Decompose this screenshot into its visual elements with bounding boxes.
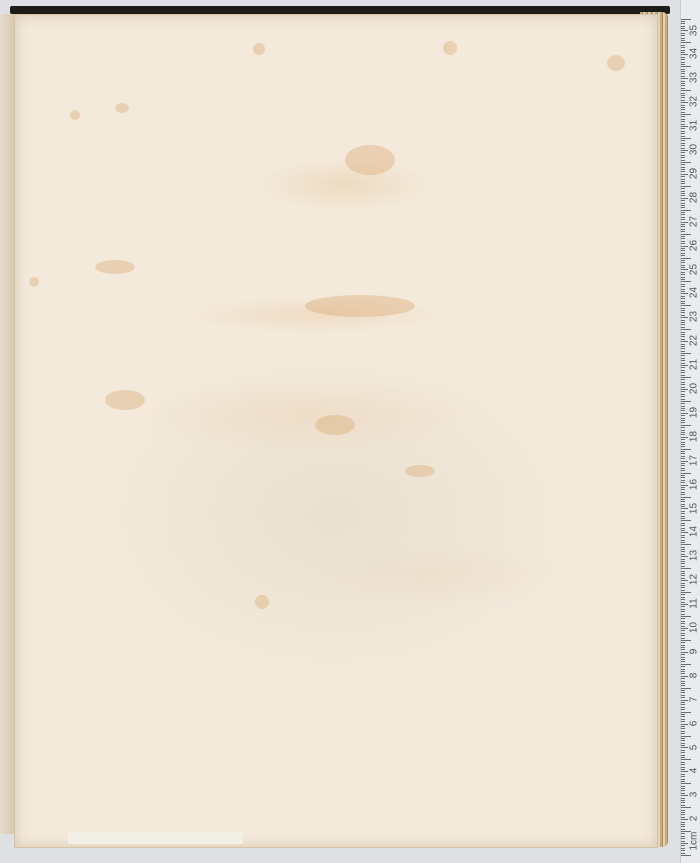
- ruler-label: 20: [689, 381, 700, 397]
- ruler-tick: [681, 843, 688, 844]
- ruler-tick: [681, 116, 685, 117]
- ruler-tick: [681, 602, 685, 603]
- ruler-tick: [681, 265, 685, 266]
- ruler-tick: [681, 489, 685, 490]
- ruler-tick: [681, 88, 685, 89]
- ruler-label: 5: [689, 739, 700, 755]
- ruler-tick: [681, 659, 685, 660]
- ruler-tick: [681, 501, 685, 502]
- ruler-tick: [681, 747, 688, 748]
- ruler-tick: [681, 272, 685, 273]
- ruler-tick: [681, 795, 688, 796]
- ruler-tick: [681, 738, 685, 739]
- ruler-tick: [681, 59, 685, 60]
- ruler-tick: [681, 671, 685, 672]
- ruler-tick: [681, 365, 688, 366]
- ruler-label: 2: [689, 811, 700, 827]
- ruler-tick: [681, 630, 685, 631]
- ruler-tick: [681, 21, 685, 22]
- ruler-tick: [681, 145, 685, 146]
- ruler-tick: [681, 633, 685, 634]
- ruler-tick: [681, 78, 688, 79]
- ruler-tick: [681, 733, 685, 734]
- ruler-label: 25: [689, 261, 700, 277]
- ruler-tick: [681, 642, 685, 643]
- ruler-tick: [681, 157, 685, 158]
- ruler-tick: [681, 97, 685, 98]
- ruler-tick: [681, 250, 685, 251]
- stain: [607, 55, 625, 71]
- ruler-tick: [681, 640, 691, 641]
- ruler-label: 24: [689, 285, 700, 301]
- ruler-tick: [681, 516, 685, 517]
- ruler-tick: [681, 226, 685, 227]
- ruler-tick: [681, 42, 691, 43]
- ruler-tick: [681, 298, 685, 299]
- ruler-tick: [681, 45, 685, 46]
- ruler-tick: [681, 236, 685, 237]
- ruler-label: 22: [689, 333, 700, 349]
- ruler-tick: [681, 35, 685, 36]
- ruler-tick: [681, 286, 685, 287]
- ruler-tick: [681, 279, 685, 280]
- ruler-tick: [681, 188, 685, 189]
- ruler-tick: [681, 833, 685, 834]
- ruler-tick: [681, 542, 685, 543]
- ruler-tick: [681, 540, 685, 541]
- ruler-tick: [681, 707, 685, 708]
- ruler-tick: [681, 824, 685, 825]
- ruler-tick: [681, 341, 688, 342]
- ruler-tick: [681, 480, 685, 481]
- ruler-tick: [681, 71, 685, 72]
- ruler-tick: [681, 155, 685, 156]
- ruler-tick: [681, 788, 685, 789]
- stain: [29, 277, 39, 287]
- ruler-label: 26: [689, 237, 700, 253]
- ruler-tick: [681, 688, 691, 689]
- ruler-tick: [681, 566, 685, 567]
- ruler-tick: [681, 174, 688, 175]
- ruler-tick: [681, 355, 685, 356]
- ruler-tick: [681, 587, 685, 588]
- ruler-tick: [681, 277, 685, 278]
- ruler-tick: [681, 289, 685, 290]
- ruler-label: 33: [689, 70, 700, 86]
- ruler-label: 14: [689, 524, 700, 540]
- ruler-tick: [681, 19, 691, 20]
- ruler-tick: [681, 243, 685, 244]
- stain: [115, 103, 129, 113]
- ruler-tick: [681, 563, 685, 564]
- ruler-tick: [681, 54, 688, 55]
- ruler-tick: [681, 81, 685, 82]
- ruler-tick: [681, 721, 685, 722]
- ruler-tick: [681, 678, 685, 679]
- tape-strip: [68, 832, 243, 844]
- ruler-tick: [681, 415, 685, 416]
- ruler-label: 32: [689, 94, 700, 110]
- ruler-tick: [681, 52, 685, 53]
- ruler-tick: [681, 692, 685, 693]
- ruler-tick: [681, 131, 685, 132]
- ruler-tick: [681, 437, 688, 438]
- ruler-tick: [681, 802, 685, 803]
- ruler-tick: [681, 260, 685, 261]
- ruler-tick: [681, 657, 685, 658]
- ruler-tick: [681, 375, 685, 376]
- ruler-tick: [681, 198, 688, 199]
- ruler-label: 10: [689, 620, 700, 636]
- ruler-tick: [681, 296, 685, 297]
- ruler-tick: [681, 372, 685, 373]
- ruler-tick: [681, 724, 688, 725]
- ruler-tick: [681, 430, 685, 431]
- ruler-tick: [681, 427, 685, 428]
- ruler-label: 27: [689, 213, 700, 229]
- ruler-label: 6: [689, 715, 700, 731]
- ruler-tick: [681, 336, 685, 337]
- ruler-tick: [681, 736, 691, 737]
- ruler-tick: [681, 148, 685, 149]
- stain: [255, 595, 269, 609]
- ruler-label: 23: [689, 309, 700, 325]
- ruler-tick: [681, 606, 685, 607]
- ruler-label: 30: [689, 142, 700, 158]
- ruler-tick: [681, 523, 685, 524]
- ruler-tick: [681, 422, 685, 423]
- ruler-tick: [681, 379, 685, 380]
- ruler-tick: [681, 850, 685, 851]
- ruler-tick: [681, 621, 685, 622]
- ruler-tick: [681, 73, 685, 74]
- ruler-tick: [681, 322, 685, 323]
- ruler-tick: [681, 745, 685, 746]
- ruler-label: 19: [689, 404, 700, 420]
- ruler-tick: [681, 511, 685, 512]
- ruler-tick: [681, 726, 685, 727]
- ruler-tick: [681, 774, 685, 775]
- ruler-tick: [681, 128, 685, 129]
- ruler-tick: [681, 425, 691, 426]
- ruler-tick: [681, 623, 685, 624]
- ruler-tick: [681, 573, 685, 574]
- ruler-label: 4: [689, 763, 700, 779]
- ruler-tick: [681, 458, 685, 459]
- ruler-tick: [681, 716, 685, 717]
- ruler-tick: [681, 769, 685, 770]
- ruler-tick: [681, 262, 685, 263]
- ruler-tick: [681, 28, 685, 29]
- ruler-tick: [681, 594, 685, 595]
- ruler-tick: [681, 214, 685, 215]
- ruler-tick: [681, 786, 685, 787]
- ruler-tick: [681, 463, 685, 464]
- ruler-tick: [681, 246, 688, 247]
- ruler-tick: [681, 695, 685, 696]
- ruler-tick: [681, 348, 685, 349]
- ruler-tick: [681, 714, 685, 715]
- ruler-tick: [681, 305, 691, 306]
- ruler-tick: [681, 776, 685, 777]
- ruler-tick: [681, 193, 685, 194]
- ruler-tick: [681, 317, 688, 318]
- ruler-tick: [681, 616, 691, 617]
- ruler-tick: [681, 841, 685, 842]
- ruler-tick: [681, 439, 685, 440]
- ruler-tick: [681, 442, 685, 443]
- ruler-tick: [681, 138, 691, 139]
- ruler-tick: [681, 497, 691, 498]
- ruler-tick: [681, 191, 685, 192]
- ruler-tick: [681, 403, 685, 404]
- ruler-tick: [681, 222, 688, 223]
- ruler-tick: [681, 449, 691, 450]
- ruler-tick: [681, 666, 685, 667]
- ruler-tick: [681, 301, 685, 302]
- ruler-tick: [681, 477, 685, 478]
- ruler-tick: [681, 320, 685, 321]
- ruler-tick: [681, 396, 685, 397]
- ruler-tick: [681, 580, 688, 581]
- ruler-tick: [681, 845, 685, 846]
- ruler-tick: [681, 757, 685, 758]
- ruler-tick: [681, 793, 685, 794]
- ruler-tick: [681, 93, 685, 94]
- ruler-tick: [681, 652, 688, 653]
- ruler-tick: [681, 62, 685, 63]
- ruler-tick: [681, 212, 685, 213]
- ruler-tick: [681, 205, 685, 206]
- ruler-label: 1cm: [689, 835, 700, 851]
- ruler-tick: [681, 817, 685, 818]
- ruler-tick: [681, 207, 685, 208]
- ruler-label: 21: [689, 357, 700, 373]
- ruler-tick: [681, 293, 688, 294]
- ruler-tick: [681, 124, 685, 125]
- ruler-tick: [681, 391, 685, 392]
- ruler-tick: [681, 520, 691, 521]
- ruler-tick: [681, 790, 685, 791]
- measurement-ruler: 1cm2345678910111213141516171819202122232…: [680, 0, 700, 863]
- ruler-label: 7: [689, 691, 700, 707]
- ruler-tick: [681, 743, 685, 744]
- ruler-tick: [681, 592, 691, 593]
- ruler-tick: [681, 822, 685, 823]
- ruler-tick: [681, 315, 685, 316]
- ruler-tick: [681, 64, 685, 65]
- ruler-tick: [681, 332, 685, 333]
- ruler-tick: [681, 518, 685, 519]
- ruler-tick: [681, 234, 691, 235]
- ruler-tick: [681, 468, 685, 469]
- ruler-tick: [681, 764, 685, 765]
- ruler-tick: [681, 583, 685, 584]
- ruler-tick: [681, 829, 685, 830]
- ruler-tick: [681, 152, 685, 153]
- ruler-tick: [681, 140, 685, 141]
- ruler-tick: [681, 119, 685, 120]
- left-page-edge: [0, 14, 15, 834]
- ruler-tick: [681, 210, 691, 211]
- ruler-tick: [681, 353, 691, 354]
- ruler-tick: [681, 69, 685, 70]
- ruler-label: 31: [689, 118, 700, 134]
- ruler-tick: [681, 499, 685, 500]
- ruler-tick: [681, 143, 685, 144]
- ruler-tick: [681, 258, 691, 259]
- ruler-tick: [681, 762, 685, 763]
- ruler-tick: [681, 179, 685, 180]
- ruler-tick: [681, 456, 685, 457]
- ruler-tick: [681, 344, 685, 345]
- ruler-tick: [681, 571, 685, 572]
- ruler-tick: [681, 169, 685, 170]
- ruler-tick: [681, 697, 685, 698]
- ruler-tick: [681, 238, 685, 239]
- stain: [70, 110, 80, 120]
- ruler-tick: [681, 23, 685, 24]
- ruler-tick: [681, 324, 685, 325]
- stain: [105, 390, 145, 410]
- ruler-tick: [681, 363, 685, 364]
- ruler-tick: [681, 176, 685, 177]
- ruler-tick: [681, 669, 685, 670]
- ruler-tick: [681, 162, 691, 163]
- ruler-tick: [681, 370, 685, 371]
- ruler-tick: [681, 771, 688, 772]
- ruler-tick: [681, 164, 685, 165]
- ruler-tick: [681, 394, 685, 395]
- ruler-tick: [681, 664, 691, 665]
- ruler-tick: [681, 346, 685, 347]
- ruler-tick: [681, 532, 688, 533]
- ruler-tick: [681, 535, 685, 536]
- ruler-tick: [681, 248, 685, 249]
- ruler-tick: [681, 229, 685, 230]
- book-cover-edge: [10, 6, 670, 14]
- ruler-tick: [681, 327, 685, 328]
- ruler-tick: [681, 434, 685, 435]
- ruler-tick: [681, 107, 685, 108]
- ruler-tick: [681, 805, 685, 806]
- ruler-tick: [681, 160, 685, 161]
- ruler-tick: [681, 183, 685, 184]
- ruler-tick: [681, 755, 685, 756]
- stain: [253, 43, 265, 55]
- ruler-tick: [681, 310, 685, 311]
- ruler-tick: [681, 329, 691, 330]
- ruler-label: 13: [689, 548, 700, 564]
- ruler-tick: [681, 819, 688, 820]
- ruler-label: 11: [689, 596, 700, 612]
- ruler-tick: [681, 384, 685, 385]
- ruler-tick: [681, 547, 685, 548]
- ruler-tick: [681, 377, 691, 378]
- ruler-tick: [681, 812, 685, 813]
- ruler-tick: [681, 649, 685, 650]
- ruler-tick: [681, 559, 685, 560]
- ruler-tick: [681, 401, 691, 402]
- ruler-tick: [681, 171, 685, 172]
- ruler-tick: [681, 585, 685, 586]
- ruler-tick: [681, 781, 685, 782]
- ruler-tick: [681, 683, 685, 684]
- ruler-tick: [681, 203, 685, 204]
- ruler-tick: [681, 537, 685, 538]
- ruler-tick: [681, 255, 685, 256]
- ruler-tick: [681, 339, 685, 340]
- ruler-tick: [681, 100, 685, 101]
- ruler-tick: [681, 549, 685, 550]
- ruler-tick: [681, 681, 685, 682]
- ruler-tick: [681, 269, 688, 270]
- ruler-label: 29: [689, 165, 700, 181]
- ruler-tick: [681, 779, 685, 780]
- ruler-tick: [681, 446, 685, 447]
- ruler-tick: [681, 444, 685, 445]
- ruler-tick: [681, 525, 685, 526]
- ruler-tick: [681, 508, 688, 509]
- ruler-tick: [681, 590, 685, 591]
- ruler-tick: [681, 66, 691, 67]
- ruler-tick: [681, 492, 685, 493]
- ruler-tick: [681, 95, 685, 96]
- ruler-tick: [681, 783, 691, 784]
- ruler-tick: [681, 186, 691, 187]
- ruler-tick: [681, 690, 685, 691]
- ruler-tick: [681, 284, 685, 285]
- ruler-tick: [681, 382, 685, 383]
- ruler-tick: [681, 85, 685, 86]
- ruler-tick: [681, 800, 685, 801]
- stain: [95, 260, 135, 274]
- ruler-tick: [681, 826, 685, 827]
- ruler-tick: [681, 473, 691, 474]
- ruler-tick: [681, 413, 688, 414]
- ruler-tick: [681, 57, 685, 58]
- ruler-tick: [681, 351, 685, 352]
- ruler-tick: [681, 611, 685, 612]
- ruler-tick: [681, 334, 685, 335]
- ruler-tick: [681, 487, 685, 488]
- ruler-tick: [681, 494, 685, 495]
- ruler-tick: [681, 661, 685, 662]
- ruler-tick: [681, 740, 685, 741]
- ruler-tick: [681, 102, 688, 103]
- ruler-tick: [681, 267, 685, 268]
- ruler-tick: [681, 418, 685, 419]
- ruler-tick: [681, 109, 685, 110]
- ruler-tick: [681, 387, 685, 388]
- ruler-tick: [681, 367, 685, 368]
- ruler-label: 9: [689, 643, 700, 659]
- ruler-tick: [681, 554, 685, 555]
- ruler-tick: [681, 836, 685, 837]
- ruler-tick: [681, 599, 685, 600]
- ruler-label: 8: [689, 667, 700, 683]
- ruler-tick: [681, 752, 685, 753]
- ruler-tick: [681, 83, 685, 84]
- ruler-tick: [681, 855, 691, 856]
- ruler-tick: [681, 38, 685, 39]
- ruler-tick: [681, 676, 688, 677]
- ruler-tick: [681, 231, 685, 232]
- ruler-tick: [681, 848, 685, 849]
- ruler-tick: [681, 114, 691, 115]
- ruler-tick: [681, 253, 685, 254]
- ruler-tick: [681, 451, 685, 452]
